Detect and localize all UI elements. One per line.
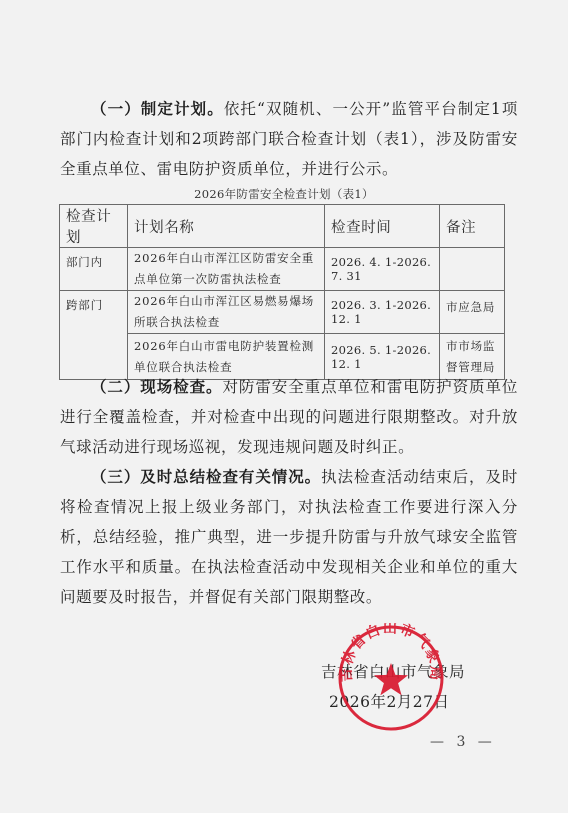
section-heading: （二）现场检查。 — [91, 377, 222, 396]
plan-name-cell: 2026年白山市浑江区防雷安全重点单位第一次防雷执法检查 — [128, 248, 325, 291]
column-header: 检查计划 — [60, 205, 128, 248]
plan-time-cell: 2026. 4. 1-2026. 7. 31 — [325, 248, 440, 291]
section-heading: （一）制定计划。 — [91, 99, 224, 118]
section-summary: （三）及时总结检查有关情况。执法检查活动结束后，及时将检查情况上报上级业务部门，… — [60, 462, 518, 612]
plan-time-cell: 2026. 3. 1-2026. 12. 1 — [325, 291, 440, 334]
section-heading: （三）及时总结检查有关情况。 — [91, 467, 321, 486]
section-plan: （一）制定计划。依托“双随机、一公开”监管平台制定1项部门内检查计划和2项跨部门… — [60, 94, 518, 184]
plan-name-cell: 2026年白山市浑江区易燃易爆场所联合执法检查 — [128, 291, 325, 334]
column-header: 检查时间 — [325, 205, 440, 248]
document-page: （一）制定计划。依托“双随机、一公开”监管平台制定1项部门内检查计划和2项跨部门… — [0, 0, 568, 813]
table-header-row: 检查计划 计划名称 检查时间 备注 — [60, 205, 505, 248]
table-row: 跨部门 2026年白山市浑江区易燃易爆场所联合执法检查 2026. 3. 1-2… — [60, 291, 505, 334]
plan-note-cell — [440, 248, 505, 291]
page-number: — 3 — — [430, 734, 496, 750]
table-caption: 2026年防雷安全检查计划（表1） — [0, 186, 568, 202]
plan-type-cell: 跨部门 — [60, 291, 128, 380]
section-body: 执法检查活动结束后，及时将检查情况上报上级业务部门，对执法检查工作要进行深入分析… — [60, 468, 518, 606]
signature-organization: 吉林省白山市气象局 — [321, 660, 521, 682]
column-header: 备注 — [440, 205, 505, 248]
column-header: 计划名称 — [128, 205, 325, 248]
table-row: 部门内 2026年白山市浑江区防雷安全重点单位第一次防雷执法检查 2026. 4… — [60, 248, 505, 291]
signature-date: 2026年2月27日 — [329, 690, 529, 712]
section-onsite-inspection: （二）现场检查。对防雷安全重点单位和雷电防护资质单位进行全覆盖检查，并对检查中出… — [60, 372, 518, 462]
plan-note-cell: 市应急局 — [440, 291, 505, 334]
plan-type-cell: 部门内 — [60, 248, 128, 291]
inspection-plan-table: 检查计划 计划名称 检查时间 备注 部门内 2026年白山市浑江区防雷安全重点单… — [59, 204, 505, 380]
